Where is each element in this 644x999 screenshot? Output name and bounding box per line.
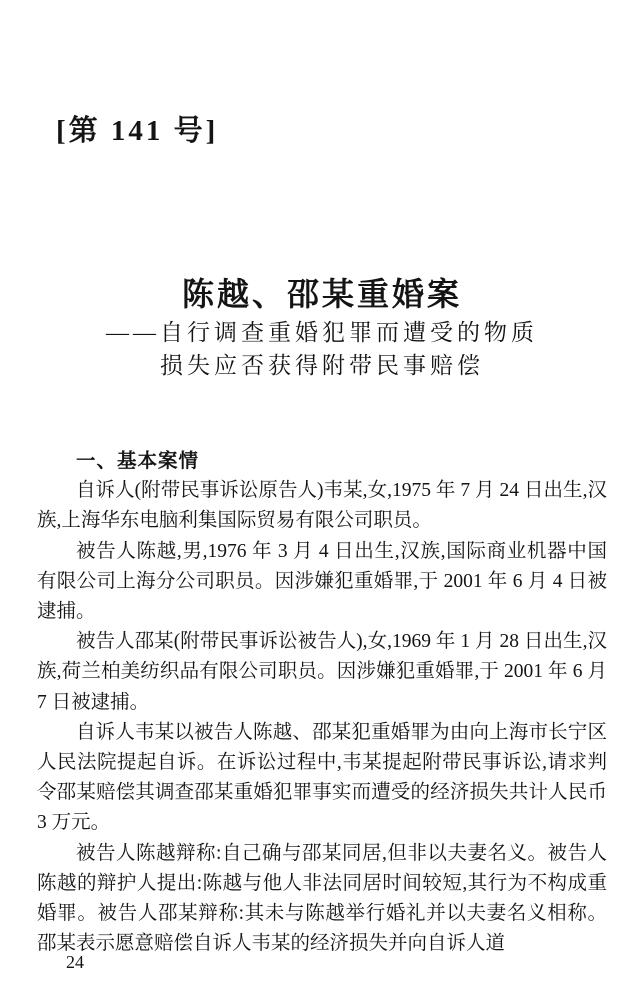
case-subtitle: ——自行调查重婚犯罪而遭受的物质 损失应否获得附带民事赔偿 xyxy=(0,316,644,382)
case-number: [第 141 号] xyxy=(56,108,218,149)
case-subtitle-line-2: 损失应否获得附带民事赔偿 xyxy=(0,349,644,382)
paragraph-private-prosecutor: 自诉人(附带民事诉讼原告人)韦某,女,1975 年 7 月 24 日出生,汉族,… xyxy=(37,476,607,536)
case-body: 一、基本案情 自诉人(附带民事诉讼原告人)韦某,女,1975 年 7 月 24 … xyxy=(37,446,607,959)
section-heading-basic-facts: 一、基本案情 xyxy=(37,446,607,476)
paragraph-defendant-shaomou: 被告人邵某(附带民事诉讼被告人),女,1969 年 1 月 28 日出生,汉族,… xyxy=(37,627,607,718)
case-subtitle-line-1: ——自行调查重婚犯罪而遭受的物质 xyxy=(0,316,644,349)
case-title: 陈越、邵某重婚案 xyxy=(0,269,644,315)
document-page: [第 141 号] 陈越、邵某重婚案 ——自行调查重婚犯罪而遭受的物质 损失应否… xyxy=(0,0,644,999)
paragraph-defendant-chenyue: 被告人陈越,男,1976 年 3 月 4 日出生,汉族,国际商业机器中国有限公司… xyxy=(37,537,607,628)
paragraph-defense-arguments: 被告人陈越辩称:自己确与邵某同居,但非以夫妻名义。被告人陈越的辩护人提出:陈越与… xyxy=(37,839,607,960)
page-number: 24 xyxy=(66,952,84,973)
paragraph-prosecution-claim: 自诉人韦某以被告人陈越、邵某犯重婚罪为由向上海市长宁区人民法院提起自诉。在诉讼过… xyxy=(37,718,607,839)
